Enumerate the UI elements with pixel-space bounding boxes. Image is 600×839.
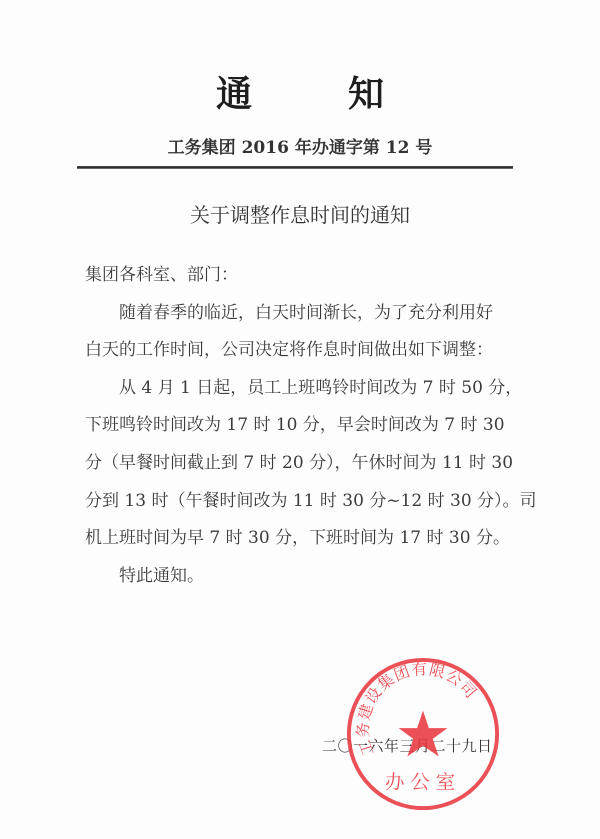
salutation: 集团各科室、部门： bbox=[85, 257, 510, 295]
star-icon bbox=[399, 711, 448, 757]
closing: 特此通知。 bbox=[85, 558, 510, 596]
paragraph-line: 分（早餐时间截止到 7 时 20 分），午休时间为 11 时 30 bbox=[85, 445, 510, 483]
paragraph-schedule: 从 4 月 1 日起，员工上班鸣铃时间改为 7 时 50 分， bbox=[85, 370, 510, 408]
header-divider bbox=[77, 166, 513, 169]
paragraph-line: 机上班时间为早 7 时 30 分，下班时间为 17 时 30 分。 bbox=[85, 520, 510, 558]
paragraph-line: 随着春季的临近，白天时间渐长，为了充分利用好 bbox=[85, 295, 510, 333]
paragraph-line: 下班鸣铃时间改为 17 时 10 分，早会时间改为 7 时 30 bbox=[85, 407, 510, 445]
document-number: 工务集团 2016 年办通字第 12 号 bbox=[0, 133, 600, 158]
paragraph-line: 分到 13 时（午餐时间改为 11 时 30 分~12 时 30 分）。司 bbox=[85, 483, 510, 521]
notice-body: 集团各科室、部门： 随着春季的临近，白天时间渐长，为了充分利用好 白天的工作时间… bbox=[85, 257, 510, 595]
official-seal-icon: 工务建设集团有限公司 办公室 bbox=[345, 656, 501, 812]
notice-subject: 关于调整作息时间的通知 bbox=[0, 199, 600, 228]
paragraph-intro-cont: 白天的工作时间，公司决定将作息时间做出如下调整： bbox=[85, 332, 510, 370]
document-title: 通知 bbox=[0, 66, 600, 117]
paragraph-schedule-cont: 下班鸣铃时间改为 17 时 10 分，早会时间改为 7 时 30 分（早餐时间截… bbox=[85, 407, 510, 557]
paragraph-line: 白天的工作时间，公司决定将作息时间做出如下调整： bbox=[85, 332, 510, 370]
paragraph-line: 从 4 月 1 日起，员工上班鸣铃时间改为 7 时 50 分， bbox=[85, 370, 510, 408]
svg-text:办公室: 办公室 bbox=[385, 771, 461, 794]
paragraph-intro: 随着春季的临近，白天时间渐长，为了充分利用好 bbox=[85, 295, 510, 333]
document-page: 通知 工务集团 2016 年办通字第 12 号 关于调整作息时间的通知 集团各科… bbox=[0, 0, 600, 839]
